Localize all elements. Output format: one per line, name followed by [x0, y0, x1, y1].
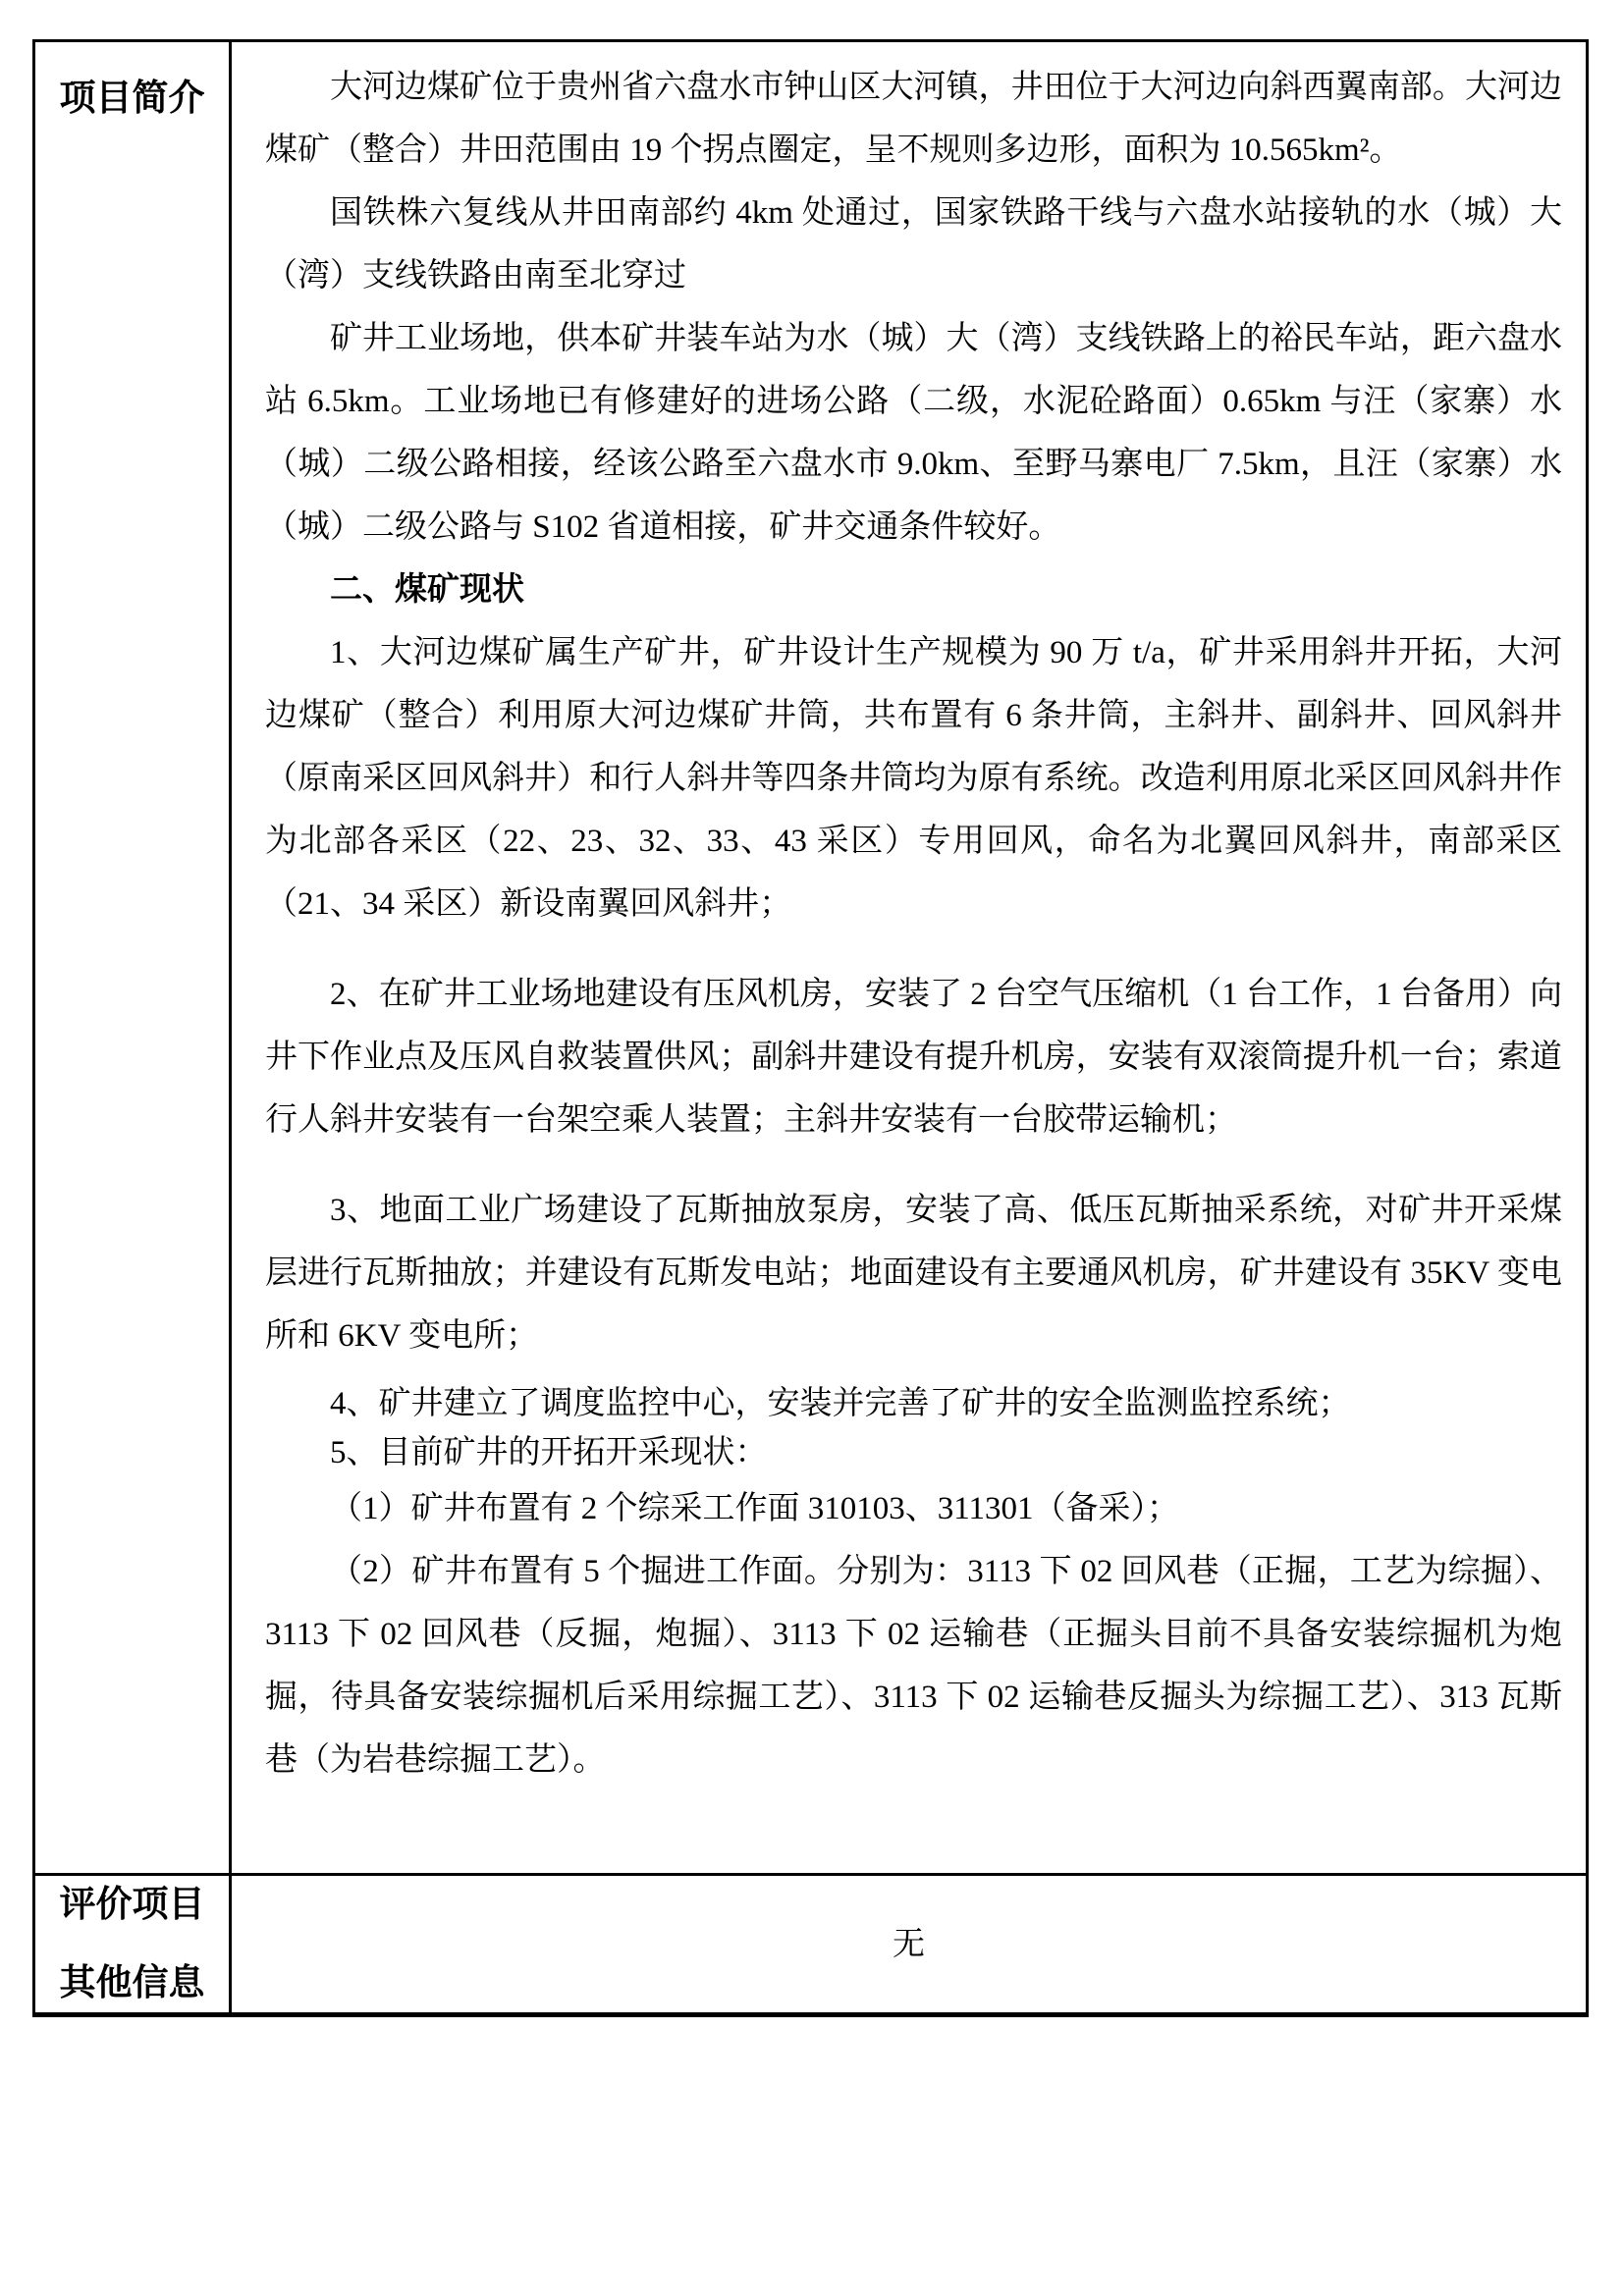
paragraph-industrial-site: 矿井工业场地，供本矿井装车站为水（城）大（湾）支线铁路上的裕民车站，距六盘水站 … [265, 307, 1562, 559]
paragraph-railway: 国铁株六复线从井田南部约 4km 处通过，国家铁路干线与六盘水站接轨的水（城）大… [265, 182, 1562, 307]
paragraph-item-3: 3、地面工业广场建设了瓦斯抽放泵房，安装了高、低压瓦斯抽采系统，对矿井开采煤层进… [265, 1179, 1562, 1367]
paragraph-item-1: 1、大河边煤矿属生产矿井，矿井设计生产规模为 90 万 t/a，矿井采用斜井开拓… [265, 621, 1562, 935]
table-row-other-info: 评价项目 其他信息 无 [35, 1876, 1586, 2012]
project-intro-content: 大河边煤矿位于贵州省六盘水市钟山区大河镇，井田位于大河边向斜西翼南部。大河边煤矿… [232, 42, 1586, 1873]
row-header-label: 项目简介 [60, 79, 205, 119]
row-header-project-intro: 项目简介 [35, 42, 232, 1873]
row-header-label-line-1: 评价项目 [35, 1866, 229, 1945]
paragraph-item-2: 2、在矿井工业场地建设有压风机房，安装了 2 台空气压缩机（1 台工作，1 台备… [265, 963, 1562, 1151]
other-info-value: 无 [893, 1913, 925, 1976]
paragraph-subitem-1: （1）矿井布置有 2 个综采工作面 310103、311301（备采）； [265, 1477, 1562, 1540]
document-page: 项目简介 大河边煤矿位于贵州省六盘水市钟山区大河镇，井田位于大河边向斜西翼南部。… [0, 0, 1624, 2296]
table-row-project-intro: 项目简介 大河边煤矿位于贵州省六盘水市钟山区大河镇，井田位于大河边向斜西翼南部。… [35, 42, 1586, 1876]
paragraph-item-4: 4、矿井建立了调度监控中心，安装并完善了矿井的安全监测监控系统； [265, 1379, 1562, 1428]
paragraph-item-5: 5、目前矿井的开拓开采现状： [265, 1428, 1562, 1477]
section-heading-mine-status: 二、煤矿现状 [265, 559, 1562, 621]
row-header-other-info: 评价项目 其他信息 [35, 1876, 232, 2012]
other-info-content: 无 [232, 1876, 1586, 2012]
paragraph-subitem-2: （2）矿井布置有 5 个掘进工作面。分别为：3113 下 02 回风巷（正掘，工… [265, 1540, 1562, 1791]
paragraph-location: 大河边煤矿位于贵州省六盘水市钟山区大河镇，井田位于大河边向斜西翼南部。大河边煤矿… [265, 56, 1562, 182]
row-header-label-line-2: 其他信息 [35, 1945, 229, 2023]
document-table: 项目简介 大河边煤矿位于贵州省六盘水市钟山区大河镇，井田位于大河边向斜西翼南部。… [32, 39, 1589, 2017]
